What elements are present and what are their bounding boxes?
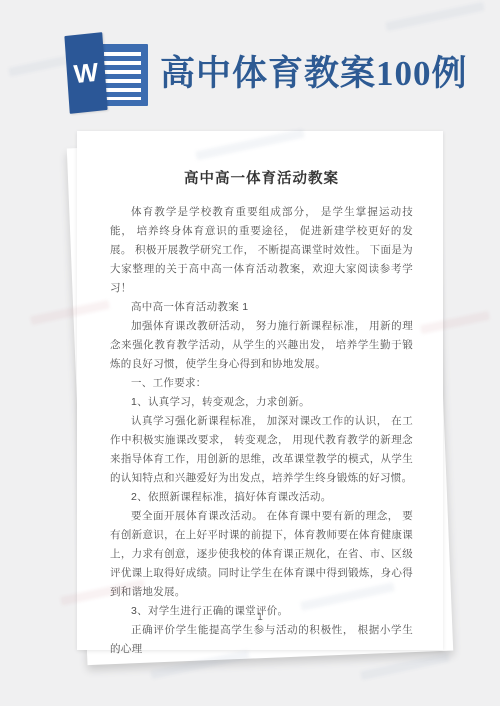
doc-paragraph-subtitle: 高中高一体育活动教案 1 — [110, 298, 413, 317]
word-icon-letter: W — [73, 59, 99, 88]
document-page: 高中高一体育活动教案 体育教学是学校教育重要组成部分， 是学生掌握运动技能， 培… — [77, 131, 443, 650]
word-icon-text-lines — [104, 52, 141, 100]
word-icon-w-panel: W — [64, 32, 107, 114]
doc-paragraph-section-heading: 一、工作要求： — [110, 374, 413, 393]
doc-paragraph: 加强体育课改教研活动， 努力施行新课程标准， 用新的理念来强化教育教学活动，从学… — [110, 317, 413, 374]
header: W 高中体育教案100例 — [0, 0, 500, 118]
document-title: 高中高一体育活动教案 — [110, 167, 413, 188]
doc-paragraph-intro: 体育教学是学校教育重要组成部分， 是学生掌握运动技能， 培养终身体育意识的重要途… — [110, 203, 413, 298]
doc-paragraph-item-2: 2、依照新课程标准，搞好体育课改活动。 — [110, 488, 413, 507]
document-content: 高中高一体育活动教案 体育教学是学校教育重要组成部分， 是学生掌握运动技能， 培… — [110, 167, 413, 659]
doc-paragraph: 认真学习强化新课程标准， 加深对课改工作的认识， 在工作中积极实施课改要求， 转… — [110, 412, 413, 488]
doc-paragraph-item-1: 1、认真学习，转变观念，力求创新。 — [110, 393, 413, 412]
doc-paragraph: 要全面开展体育课改活动。 在体育课中要有新的理念， 要有创新意识，在上好平时课的… — [110, 507, 413, 602]
page-title: 高中体育教案100例 — [160, 46, 490, 96]
doc-paragraph-truncated: 正确评价学生能提高学生参与活动的积极性， 根据小学生的心理 — [110, 621, 413, 659]
word-file-icon: W — [63, 33, 153, 115]
page-number: 1 — [77, 612, 443, 623]
